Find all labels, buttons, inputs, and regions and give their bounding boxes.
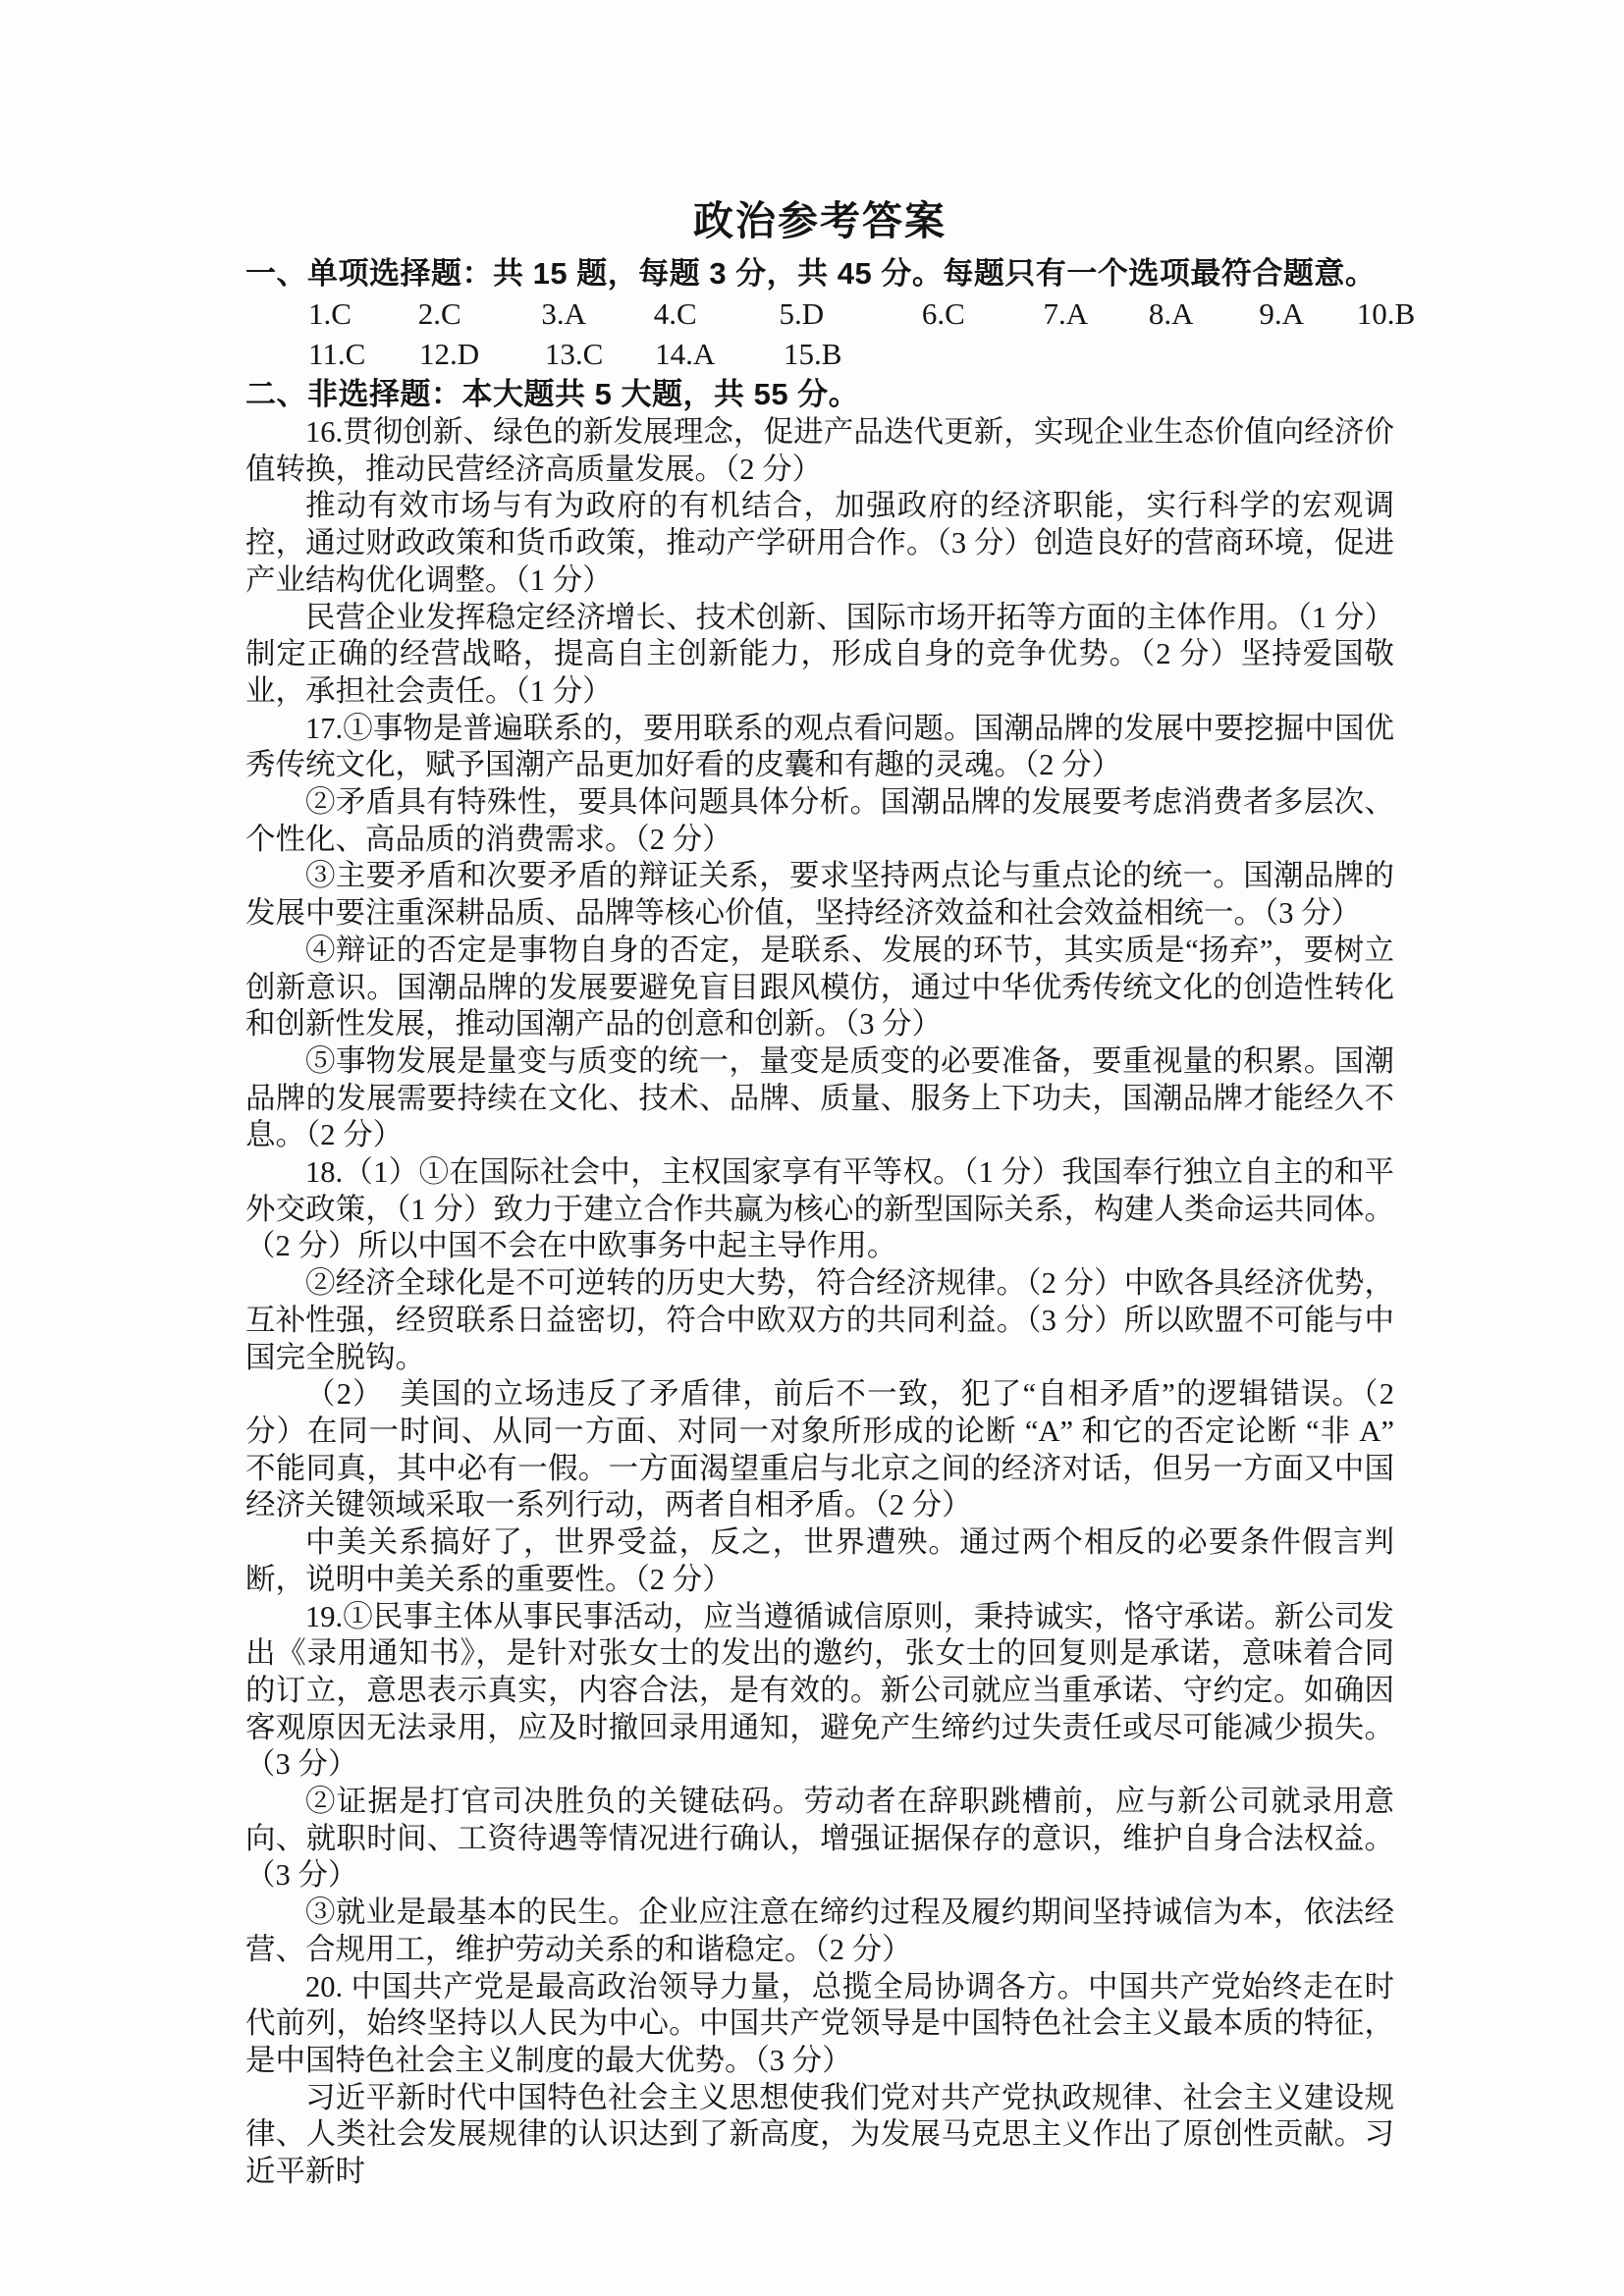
answer-paragraph-17-5: ⑤事物发展是量变与质变的统一，量变是质变的必要准备，要重视量的积累。国潮品牌的发… <box>245 1043 1394 1154</box>
answer-paragraph-18-3: （2） 美国的立场违反了矛盾律，前后不一致，犯了“自相矛盾”的逻辑错误。（2 分… <box>245 1376 1394 1524</box>
answer-paragraph-19-2: ②证据是打官司决胜负的关键砝码。劳动者在辞职跳槽前，应与新公司就录用意向、就职时… <box>245 1784 1394 1895</box>
mc-answer: 1.C <box>308 294 352 334</box>
mc-answers-row-2: 11.C 12.D 13.C 14.A 15.B <box>245 334 1394 374</box>
mc-answer: 3.A <box>541 294 586 334</box>
answer-paragraph-16-1: 16.贯彻创新、绿色的新发展理念，促进产品迭代更新，实现企业生态价值向经济价值转… <box>245 414 1394 488</box>
mc-answer: 7.A <box>1044 294 1089 334</box>
answer-paragraph-17-1: 17.①事物是普遍联系的，要用联系的观点看问题。国潮品牌的发展中要挖掘中国优秀传… <box>245 711 1394 784</box>
mc-answer: 12.D <box>419 334 479 374</box>
mc-answer: 10.B <box>1357 294 1415 334</box>
mc-answer: 4.C <box>654 294 697 334</box>
answer-paragraph-18-2: ②经济全球化是不可逆转的历史大势，符合经济规律。（2 分）中欧各具经济优势，互补… <box>245 1265 1394 1376</box>
answer-paragraph-20-1: 20. 中国共产党是最高政治领导力量，总揽全局协调各方。中国共产党始终走在时代前… <box>245 1969 1394 2080</box>
mc-answer: 11.C <box>308 334 365 374</box>
mc-answer: 15.B <box>784 334 841 374</box>
answer-paragraph-17-2: ②矛盾具有特殊性，要具体问题具体分析。国潮品牌的发展要考虑消费者多层次、个性化、… <box>245 784 1394 858</box>
answer-paragraph-19-3: ③就业是最基本的民生。企业应注意在缔约过程及履约期间坚持诚信为本，依法经营、合规… <box>245 1895 1394 1968</box>
section-heading-multiple-choice: 一、单项选择题：共 15 题，每题 3 分，共 45 分。每题只有一个选项最符合… <box>245 253 1394 294</box>
mc-answer: 5.D <box>779 294 824 334</box>
answer-paragraph-20-2: 习近平新时代中国特色社会主义思想使我们党对共产党执政规律、社会主义建设规律、人类… <box>245 2080 1394 2191</box>
mc-answer: 2.C <box>418 294 461 334</box>
mc-answer: 14.A <box>655 334 715 374</box>
answer-paragraph-18-1: 18.（1）①在国际社会中，主权国家享有平等权。（1 分）我国奉行独立自主的和平… <box>245 1154 1394 1265</box>
mc-answers-row-1: 1.C 2.C 3.A 4.C 5.D 6.C 7.A 8.A 9.A 10.B <box>245 294 1394 334</box>
mc-answer: 8.A <box>1149 294 1194 334</box>
answer-paragraph-17-4: ④辩证的否定是事物自身的否定，是联系、发展的环节，其实质是“扬弃”，要树立创新意… <box>245 933 1394 1043</box>
document-body: 政治参考答案 一、单项选择题：共 15 题，每题 3 分，共 45 分。每题只有… <box>245 199 1394 2191</box>
answer-paragraph-19-1: 19.①民事主体从事民事活动，应当遵循诚信原则，秉持诚实，恪守承诺。新公司发出《… <box>245 1599 1394 1785</box>
answer-paragraph-18-4: 中美关系搞好了，世界受益，反之，世界遭殃。通过两个相反的必要条件假言判断，说明中… <box>245 1524 1394 1598</box>
mc-answer: 6.C <box>922 294 965 334</box>
mc-answer: 13.C <box>545 334 603 374</box>
section-heading-free-response: 二、非选择题：本大题共 5 大题，共 55 分。 <box>245 374 1394 414</box>
mc-answer: 9.A <box>1259 294 1304 334</box>
answer-paragraph-16-3: 民营企业发挥稳定经济增长、技术创新、国际市场开拓等方面的主体作用。（1 分）制定… <box>245 600 1394 711</box>
page-title: 政治参考答案 <box>245 199 1394 243</box>
answer-paragraph-17-3: ③主要矛盾和次要矛盾的辩证关系，要求坚持两点论与重点论的统一。国潮品牌的发展中要… <box>245 858 1394 932</box>
scanned-answer-sheet-page: { "document": { "title": "政治参考答案" }, "se… <box>0 0 1624 2296</box>
answer-paragraph-16-2: 推动有效市场与有为政府的有机结合，加强政府的经济职能，实行科学的宏观调控，通过财… <box>245 488 1394 599</box>
